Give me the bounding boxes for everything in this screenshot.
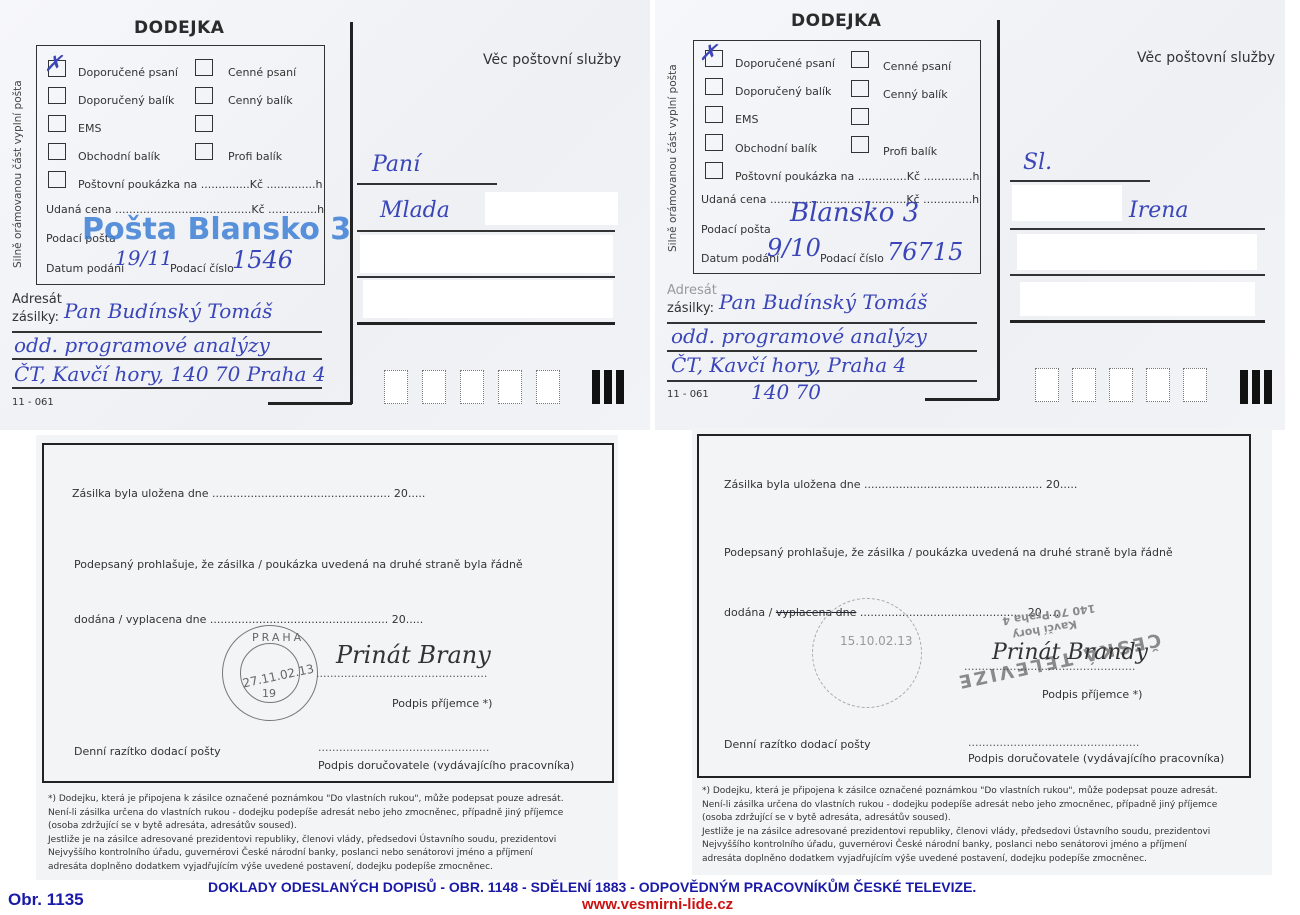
- label-business-parcel: Obchodní balík: [735, 142, 817, 155]
- checkbox-ems[interactable]: [48, 115, 66, 132]
- addressee-line-1: Pan Budínský Tomáš: [64, 299, 272, 323]
- sender-rule: [1010, 228, 1265, 230]
- postcode-box: [1146, 368, 1170, 402]
- addressee-line-2: odd. programové analýzy: [14, 333, 270, 357]
- addressee-label: Adresát: [12, 292, 62, 307]
- vertical-note: Silně orámovanou část vyplní pošta: [12, 80, 24, 268]
- barcode-mark: [616, 370, 624, 404]
- checkbox-valuable-parcel[interactable]: [195, 87, 213, 104]
- postmark-date: 15.10.02.13: [840, 634, 913, 648]
- sender-rule: [357, 183, 497, 185]
- receipt-front-2: Silně orámovanou část vyplní pošta DODEJ…: [655, 0, 1285, 430]
- checkbox-business-parcel[interactable]: [705, 134, 723, 151]
- divider-bottom: [268, 402, 352, 405]
- delivered-line: dodána / vyplacena dne .................…: [74, 613, 423, 626]
- delivered-prefix: dodána /: [724, 606, 776, 619]
- addressee-line-1: Pan Budínský Tomáš: [719, 290, 927, 314]
- recipient-signature-label: Podpis příjemce *): [392, 697, 492, 710]
- addressee-line-3: ČT, Kavčí hory, 140 70 Praha 4: [14, 362, 326, 386]
- addressee-line-4: 140 70: [751, 380, 821, 404]
- postcode-box: [536, 370, 560, 404]
- postcode-box: [1035, 368, 1059, 402]
- label-valuable-letter: Cenné psaní: [883, 60, 951, 73]
- footnote-line: Jestliže je na zásilce adresované prezid…: [48, 834, 613, 848]
- checkbox-registered-parcel[interactable]: [705, 78, 723, 95]
- declaration: Podepsaný prohlašuje, že zásilka / pouká…: [724, 546, 1173, 559]
- divider-bottom: [925, 398, 999, 401]
- label-ems: EMS: [78, 122, 101, 135]
- addressee-line-2: odd. programové analýzy: [671, 324, 927, 348]
- label-registered-parcel: Doporučený balík: [78, 94, 174, 107]
- label-postal-order: Poštovní poukázka na ..............Kč ..…: [735, 170, 979, 183]
- postmark-city: PRAHA: [252, 631, 304, 644]
- footnote: *) Dodejku, která je připojena k zásilce…: [702, 785, 1267, 867]
- post-office-stamp: Pošta Blansko 3: [82, 212, 351, 247]
- checkbox-blank[interactable]: [195, 115, 213, 132]
- barcode-mark: [592, 370, 600, 404]
- post-office-value: Blansko 3: [790, 198, 919, 228]
- footnote-line: adresáta doplněno dodatkem vyjadřujícím …: [702, 853, 1267, 867]
- receipt-back-2: Zásilka byla uložena dne ...............…: [692, 428, 1272, 875]
- checkbox-postal-order[interactable]: [48, 171, 66, 188]
- form-code: 11 - 061: [12, 397, 54, 408]
- footnote-line: adresáta doplněno dodatkem vyjadřujícím …: [48, 861, 613, 875]
- daily-stamp-label: Denní razítko dodací pošty: [74, 745, 221, 758]
- addressee-label: Adresát: [667, 283, 717, 298]
- footnote-line: Není-li zásilka určena do vlastních ruko…: [48, 807, 613, 821]
- addressee-label-2: zásilky:: [12, 310, 59, 325]
- receipt-back-1: Zásilka byla uložena dne ...............…: [36, 435, 618, 880]
- footnote-line: (osoba zdržující se v bytě adresáta, adr…: [702, 812, 1267, 826]
- footnote-line: Jestliže je na zásilce adresované prezid…: [702, 826, 1267, 840]
- address-rule: [12, 387, 322, 389]
- barcode-mark: [604, 370, 612, 404]
- checkbox-blank[interactable]: [851, 108, 869, 125]
- number-label: Podací číslo: [820, 252, 884, 265]
- redacted-block: [1012, 185, 1122, 221]
- address-rule: [667, 380, 977, 382]
- barcode-mark: [1264, 370, 1272, 404]
- label-valuable-parcel: Cenný balík: [228, 94, 293, 107]
- redacted-block: [1020, 282, 1255, 316]
- number-value: 1546: [232, 246, 293, 274]
- caption-url[interactable]: www.vesmirni-lide.cz: [582, 896, 733, 913]
- barcode-mark: [1252, 370, 1260, 404]
- sender-line-1: Paní: [372, 152, 420, 177]
- recipient-signature: Prinát Brany: [336, 641, 491, 669]
- postmark-code: 19: [262, 687, 276, 700]
- service-label: Věc poštovní služby: [1137, 50, 1275, 66]
- label-registered-letter: Doporučené psaní: [78, 66, 178, 79]
- date-value: 19/11: [115, 246, 173, 270]
- label-registered-letter: Doporučené psaní: [735, 57, 835, 70]
- checkbox-valuable-letter[interactable]: [851, 51, 869, 68]
- recipient-signature-dots: ........................................…: [316, 667, 487, 680]
- number-value: 76715: [887, 238, 963, 266]
- courier-signature-dots: ........................................…: [968, 736, 1139, 749]
- postcode-box: [1072, 368, 1096, 402]
- footnote-line: (osoba zdržující se v bytě adresáta, adr…: [48, 820, 613, 834]
- addressee-label-2: zásilky:: [667, 301, 714, 316]
- stored-line: Zásilka byla uložena dne ...............…: [724, 478, 1077, 491]
- label-business-parcel: Obchodní balík: [78, 150, 160, 163]
- checkbox-profi-parcel[interactable]: [851, 136, 869, 153]
- stored-line: Zásilka byla uložena dne ...............…: [72, 487, 425, 500]
- courier-signature-label: Podpis doručovatele (vydávajícího pracov…: [968, 752, 1224, 765]
- daily-stamp-label: Denní razítko dodací pošty: [724, 738, 871, 751]
- recipient-signature-dots: ........................................…: [964, 660, 1135, 673]
- number-label: Podací číslo: [170, 262, 234, 275]
- postcode-box: [498, 370, 522, 404]
- redacted-block: [1017, 234, 1257, 270]
- sender-line-2: Mlada: [380, 198, 450, 223]
- sender-rule: [1010, 274, 1265, 276]
- form-code: 11 - 061: [667, 389, 709, 400]
- postcode-box: [460, 370, 484, 404]
- figure-number: Obr. 1135: [8, 890, 84, 910]
- label-valuable-letter: Cenné psaní: [228, 66, 296, 79]
- caption-headline: DOKLADY ODESLANÝCH DOPISŮ - OBR. 1148 - …: [208, 879, 976, 895]
- checkbox-registered-parcel[interactable]: [48, 87, 66, 104]
- footnote-line: Nejvyššího kontrolního úřadu, guvernérov…: [702, 839, 1267, 853]
- postmark: [812, 598, 922, 708]
- sender-line-2: Irena: [1129, 198, 1189, 223]
- postcode-box: [1183, 368, 1207, 402]
- footnote-line: *) Dodejku, která je připojena k zásilce…: [702, 785, 1267, 799]
- checkbox-ems[interactable]: [705, 106, 723, 123]
- checkbox-postal-order[interactable]: [705, 162, 723, 179]
- postcode-box: [384, 370, 408, 404]
- postcode-box: [1109, 368, 1133, 402]
- service-label: Věc poštovní služby: [483, 52, 621, 68]
- divider-vertical: [350, 22, 353, 404]
- divider-vertical: [997, 20, 1000, 400]
- redacted-block: [360, 235, 613, 273]
- redacted-block: [363, 280, 613, 318]
- label-profi-parcel: Profi balík: [883, 145, 937, 158]
- sender-rule: [357, 276, 615, 278]
- post-office-label: Podací pošta: [701, 223, 771, 236]
- receipt-title: DODEJKA: [134, 18, 224, 38]
- receipt-front-1: Silně orámovanou část vyplní pošta DODEJ…: [0, 0, 650, 430]
- checkbox-business-parcel[interactable]: [48, 143, 66, 160]
- sender-rule: [357, 322, 615, 325]
- footnote-line: *) Dodejku, která je připojena k zásilce…: [48, 793, 613, 807]
- sender-rule: [1010, 320, 1265, 323]
- checkbox-profi-parcel[interactable]: [195, 143, 213, 160]
- checkbox-valuable-letter[interactable]: [195, 59, 213, 76]
- date-label: Datum podání: [46, 262, 124, 275]
- redacted-block: [485, 192, 618, 225]
- label-ems: EMS: [735, 113, 758, 126]
- date-value: 9/10: [767, 234, 821, 262]
- footnote-line: Nejvyššího kontrolního úřadu, guvernérov…: [48, 847, 613, 861]
- sender-rule: [357, 230, 615, 232]
- label-valuable-parcel: Cenný balík: [883, 88, 948, 101]
- checkbox-valuable-parcel[interactable]: [851, 80, 869, 97]
- sender-line-1: Sl.: [1023, 150, 1052, 175]
- courier-signature-dots: ........................................…: [318, 741, 489, 754]
- address-rule: [667, 350, 977, 352]
- footnote: *) Dodejku, která je připojena k zásilce…: [48, 793, 613, 875]
- check-mark: ✗: [699, 41, 717, 66]
- courier-signature-label: Podpis doručovatele (vydávajícího pracov…: [318, 759, 574, 772]
- address-rule: [12, 358, 322, 360]
- check-mark: ✗: [44, 52, 62, 77]
- postcode-box: [422, 370, 446, 404]
- barcode-mark: [1240, 370, 1248, 404]
- label-postal-order: Poštovní poukázka na ..............Kč ..…: [78, 178, 322, 191]
- vertical-note: Silně orámovanou část vyplní pošta: [667, 64, 679, 252]
- label-registered-parcel: Doporučený balík: [735, 85, 831, 98]
- footnote-line: Není-li zásilka určena do vlastních ruko…: [702, 799, 1267, 813]
- label-profi-parcel: Profi balík: [228, 150, 282, 163]
- declaration: Podepsaný prohlašuje, že zásilka / pouká…: [74, 558, 523, 571]
- sender-rule: [1010, 180, 1150, 182]
- addressee-line-3: ČT, Kavčí hory, Praha 4: [671, 353, 906, 377]
- recipient-signature-label: Podpis příjemce *): [1042, 688, 1142, 701]
- receipt-title: DODEJKA: [791, 11, 881, 31]
